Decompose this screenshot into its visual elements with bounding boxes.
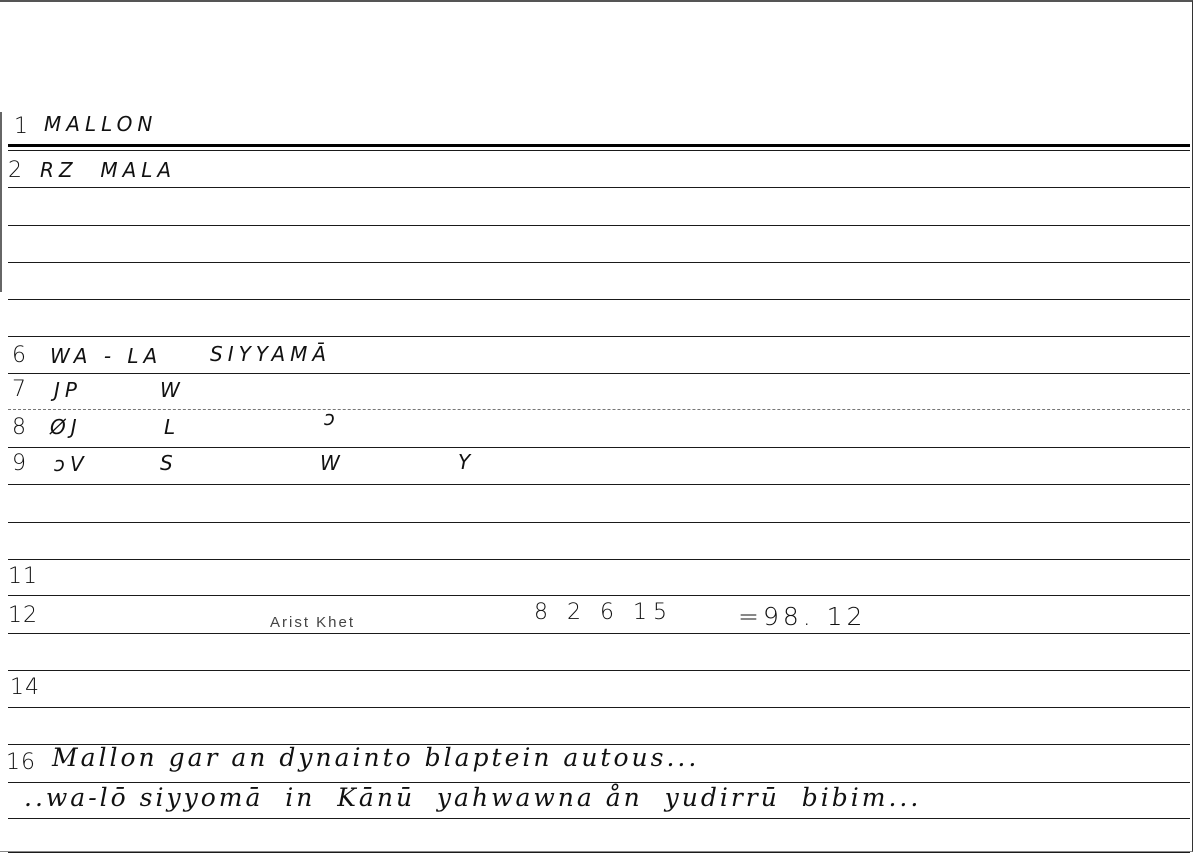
rule-line [8,225,1190,226]
rule-line [8,818,1190,819]
row-cell: W [160,378,185,402]
rule-line [8,144,1190,147]
row-number: 2 [8,158,23,183]
rule-line [8,262,1190,263]
rule-line [8,336,1190,337]
row-cell: L [164,415,180,439]
row-number: 6 [12,343,27,368]
row-number: 16 [6,750,36,775]
row-cell: W [320,451,345,475]
rule-line [8,522,1190,523]
example-sentence: Mallon gar an dynainto blaptein autous..… [52,743,699,772]
rule-line [8,559,1190,560]
row-number: 11 [8,564,38,589]
rule-line [8,670,1190,671]
rule-line [8,852,1190,853]
stamp-text: Arist Khet [270,614,355,631]
row-number: 8 [12,415,27,440]
row-cell: S [160,451,178,475]
row-text: RZ MALA [40,158,176,182]
row-cell: SIYYAMĀ [210,342,331,366]
row-cell: ɔV [54,452,89,476]
row-cell: JP [54,378,82,402]
code-value: 8 2 6 15 [534,600,673,625]
row-number: 1 [14,114,29,139]
row-cell: Y [458,450,475,474]
row-number: 14 [10,675,40,700]
rule-line [8,633,1190,634]
row-cell: ØJ [50,415,82,439]
row-number: 12 [8,603,38,628]
rule-line [8,373,1190,374]
rule-line [8,447,1190,448]
index-card: 1 MALLON 2 RZ MALA 6 WA - LA SIYYAMĀ 7 J… [0,0,1193,852]
rule-line [8,707,1190,708]
rule-line [8,150,1190,151]
measure-value: =98. 12 [738,602,866,631]
row-number: 9 [12,451,27,476]
row-cell: ɔ [324,406,340,430]
left-margin-mark [0,112,2,292]
rule-line [8,299,1190,300]
rule-line-dotted [8,409,1190,411]
headword: MALLON [44,112,157,136]
rule-line [8,595,1190,596]
rule-line [8,484,1190,485]
rule-line [8,187,1190,188]
row-number: 7 [12,377,27,402]
translation-sentence: ..wa-lō siyyomā in Kānū yahwawna ån yudi… [24,783,921,812]
row-cell: WA - LA [50,344,162,368]
